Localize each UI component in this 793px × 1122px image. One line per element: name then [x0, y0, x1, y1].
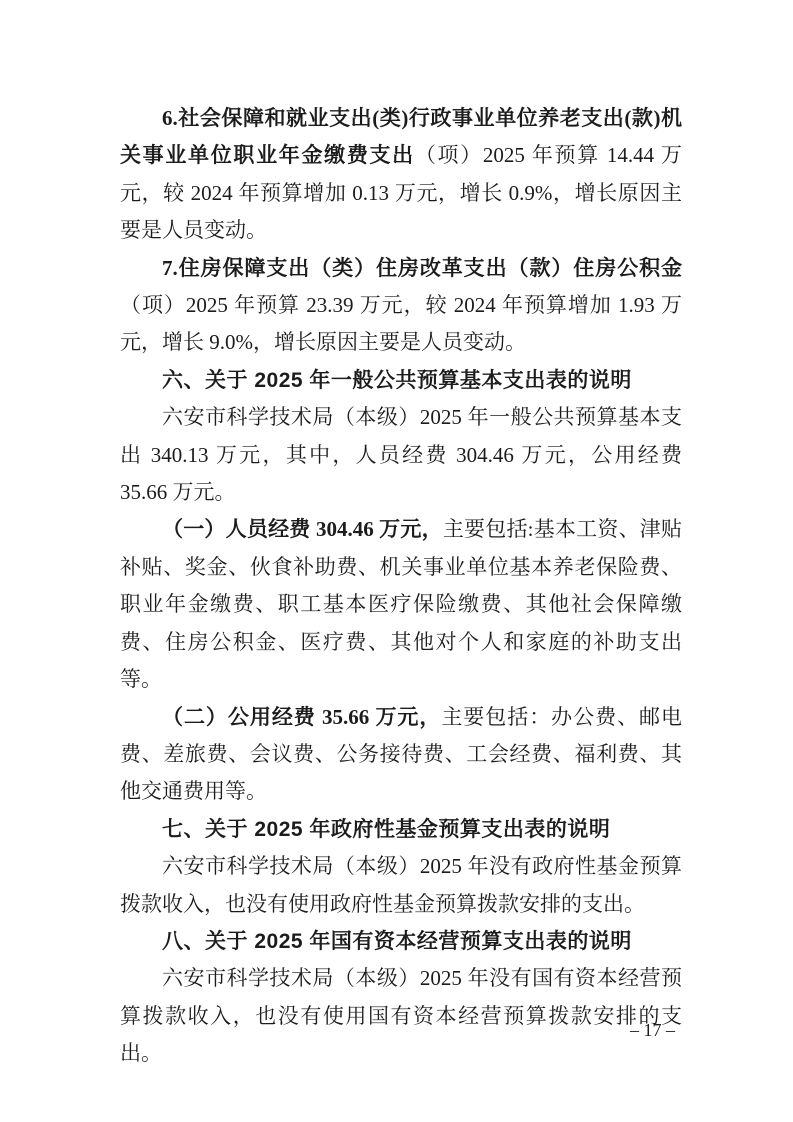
paragraph-expense-item-6: 6.社会保障和就业支出(类)行政事业单位养老支出(款)机关事业单位职业年金缴费支…: [120, 100, 682, 250]
section-7-paragraph: 六安市科学技术局（本级）2025 年没有政府性基金预算拨款收入，也没有使用政府性…: [120, 848, 682, 923]
section-8-heading: 八、关于 2025 年国有资本经营预算支出表的说明: [120, 923, 682, 960]
paragraph-expense-item-7: 7.住房保障支出（类）住房改革支出（款）住房公积金（项）2025 年预算 23.…: [120, 250, 682, 362]
section-8-paragraph: 六安市科学技术局（本级）2025 年没有国有资本经营预算拨款收入，也没有使用国有…: [120, 960, 682, 1072]
expense-item-7-account-name: 7.住房保障支出（类）住房改革支出（款）住房公积金: [162, 256, 682, 280]
paragraph-personnel-expense: （一）人员经费 304.46 万元，主要包括:基本工资、津贴补贴、奖金、伙食补助…: [120, 511, 682, 698]
public-expense-lead: （二）公用经费 35.66 万元，: [162, 705, 441, 729]
document-page: 6.社会保障和就业支出(类)行政事业单位养老支出(款)机关事业单位职业年金缴费支…: [0, 0, 793, 1122]
page-number: – 17 –: [630, 1016, 675, 1044]
personnel-expense-lead: （一）人员经费 304.46 万元，: [162, 517, 443, 541]
personnel-expense-detail: 主要包括:基本工资、津贴补贴、奖金、伙食补助费、机关事业单位基本养老保险费、职业…: [120, 517, 682, 691]
section-6-intro-paragraph: 六安市科学技术局（本级）2025 年一般公共预算基本支出 340.13 万元，其…: [120, 399, 682, 511]
expense-item-7-detail: （项）2025 年预算 23.39 万元，较 2024 年预算增加 1.93 万…: [120, 293, 682, 354]
document-body: 6.社会保障和就业支出(类)行政事业单位养老支出(款)机关事业单位职业年金缴费支…: [120, 100, 682, 1073]
section-7-heading: 七、关于 2025 年政府性基金预算支出表的说明: [120, 811, 682, 848]
paragraph-public-expense: （二）公用经费 35.66 万元，主要包括：办公费、邮电费、差旅费、会议费、公务…: [120, 699, 682, 811]
section-6-heading: 六、关于 2025 年一般公共预算基本支出表的说明: [120, 362, 682, 399]
